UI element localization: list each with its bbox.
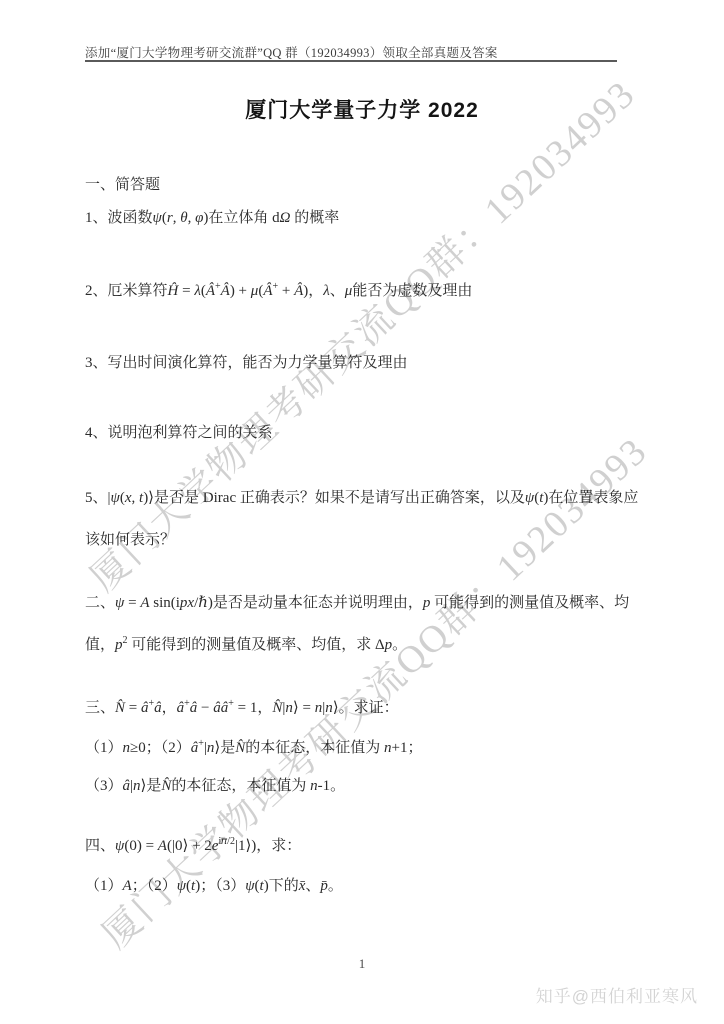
- question-3: 3、写出时间演化算符，能否为力学量算符及理由: [85, 342, 647, 384]
- page-number: 1: [0, 956, 724, 972]
- section3-question: 三、N̂ = â+â，â+â − ââ+ = 1，N̂|n⟩ = n|n⟩。求证…: [85, 687, 647, 729]
- question-2: 2、厄米算符Ĥ = λ(Â+Â) + μ(Â+ + Â)，λ、μ能否为虚数及理由: [85, 270, 647, 312]
- header-promo-text: 添加“厦门大学物理考研交流群”QQ 群（192034993）领取全部真题及答案: [85, 43, 498, 61]
- section3-item-3: （3）â|n⟩是N̂的本征态，本征值为 n-1。: [85, 765, 647, 807]
- section3-items-1-2: （1）n≥0；（2）â+|n⟩是N̂的本征态，本征值为 n+1；: [85, 727, 647, 769]
- header-divider: [85, 60, 617, 62]
- section4-question: 四、ψ(0) = A(|0⟩ + 2ei𝜋/2|1⟩)，求：: [85, 825, 647, 867]
- page-title: 厦门大学量子力学 2022: [0, 94, 724, 124]
- section4-items: （1）A；（2）ψ(t)；（3）ψ(t)下的x̄、p̄。: [85, 865, 647, 907]
- question-5: 5、|ψ(x, t)⟩是否是 Dirac 正确表示？如果不是请写出正确答案，以及…: [85, 477, 647, 561]
- zhihu-credit-watermark: 知乎@西伯利亚寒风: [536, 982, 698, 1007]
- exam-document-page: 厦门大学物理考研交流QQ群：192034993 厦门大学物理考研交流QQ群：19…: [0, 0, 724, 1024]
- question-1: 1、波函数ψ(r, θ, φ)在立体角 dΩ 的概率: [85, 197, 647, 239]
- section2-question: 二、ψ = A sin(ipx/ℏ)是否是动量本征态并说明理由，p 可能得到的测…: [85, 582, 647, 666]
- question-4: 4、说明泡利算符之间的关系: [85, 412, 647, 454]
